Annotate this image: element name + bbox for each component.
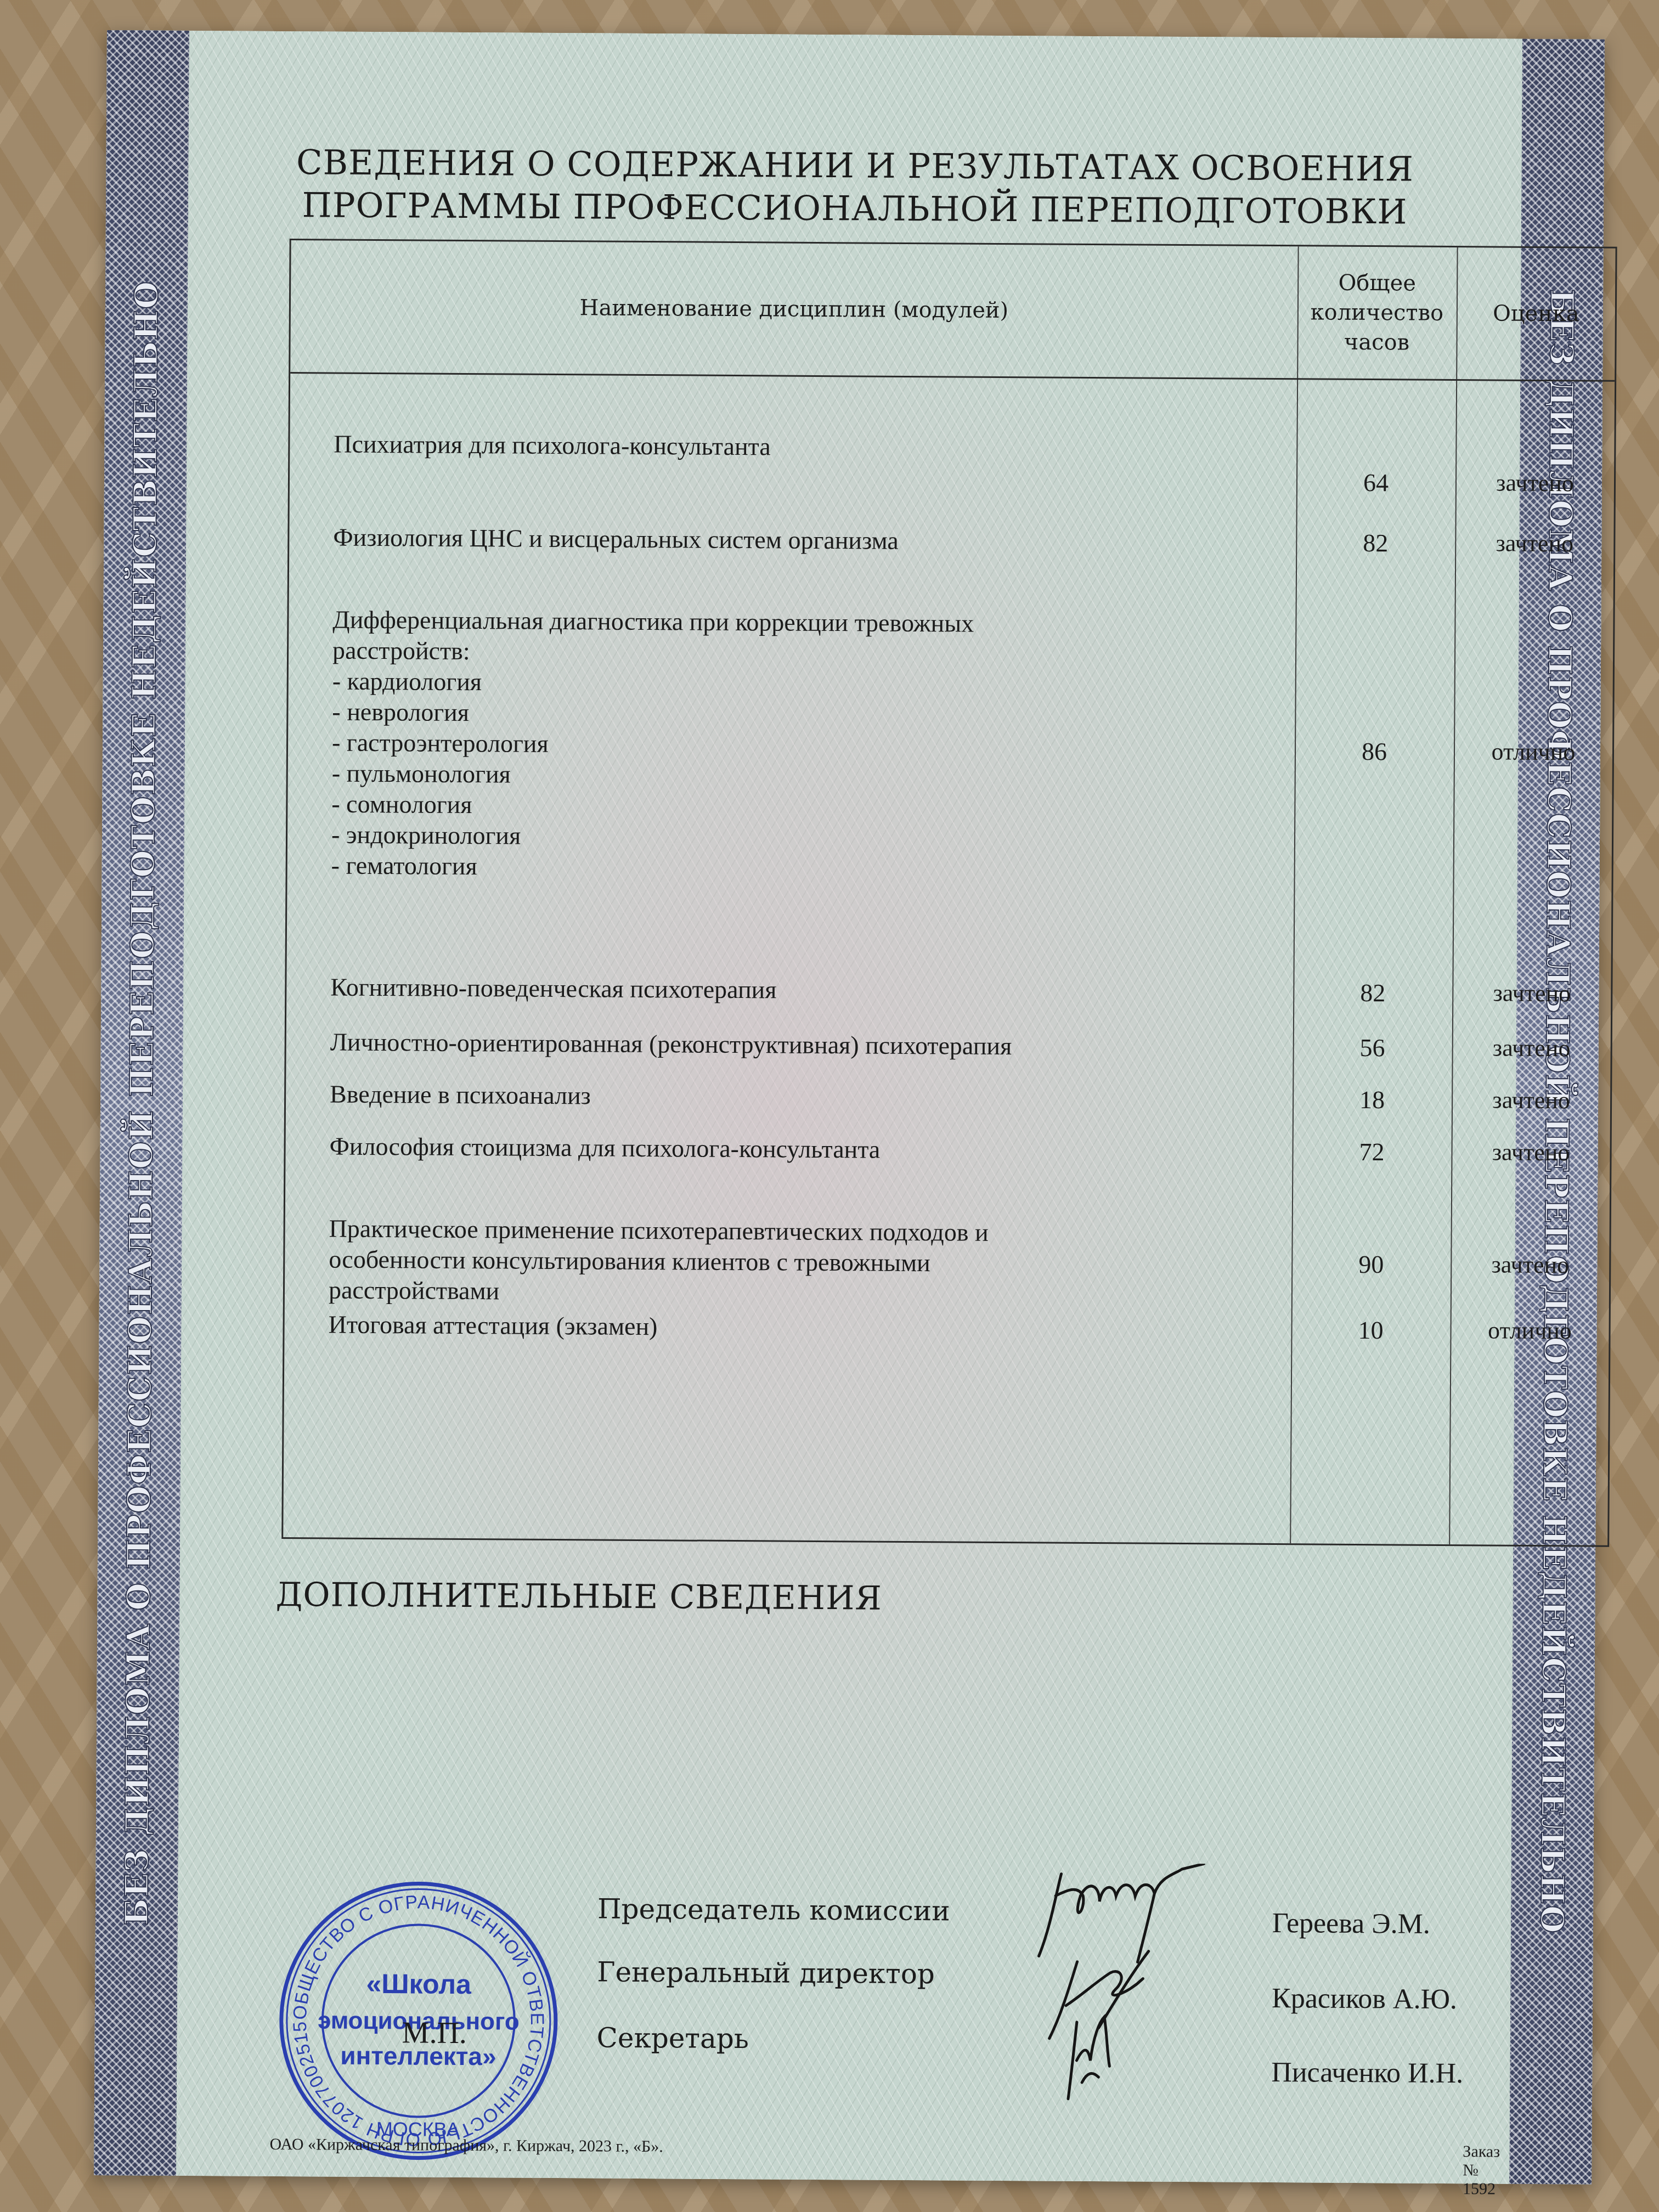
discipline-grade: зачтено xyxy=(1451,1250,1610,1279)
header-grade: Оценка xyxy=(1456,247,1616,380)
disciplines-table: Наименование дисциплин (модулей) Общее к… xyxy=(281,239,1617,1547)
role-commission-chair: Председатель комиссии xyxy=(597,1893,950,1927)
title-line-2: ПРОГРАММЫ ПРОФЕССИОНАЛЬНОЙ ПЕРЕПОДГОТОВК… xyxy=(188,183,1521,234)
table-row: Дифференциальная диагностика при коррекц… xyxy=(289,604,1613,612)
discipline-grade: отлично xyxy=(1454,737,1613,766)
discipline-hours: 56 xyxy=(1293,1032,1452,1063)
additional-info-heading: ДОПОЛНИТЕЛЬНЫЕ СВЕДЕНИЯ xyxy=(275,1576,882,1618)
discipline-grade: зачтено xyxy=(1451,1138,1610,1167)
printer-imprint: ОАО «Киржачская типография», г. Киржач, … xyxy=(269,2135,663,2156)
left-security-border: БЕЗ ДИПЛОМА О ПРОФЕССИОНАЛЬНОЙ ПЕРЕПОДГО… xyxy=(94,30,189,2176)
table-row: Философия стоицизма для психолога-консул… xyxy=(286,1131,1610,1139)
header-total-hours: Общее количество часов xyxy=(1297,246,1457,379)
table-row: Физиология ЦНС и висцеральных систем орг… xyxy=(290,522,1614,530)
table-row: Итоговая аттестация (экзамен)10отлично xyxy=(285,1309,1609,1317)
discipline-hours: 64 xyxy=(1296,467,1455,498)
discipline-hours: 82 xyxy=(1296,528,1455,558)
header-discipline-name: Наименование дисциплин (модулей) xyxy=(290,240,1297,378)
table-row: Практическое применение психотерапевтиче… xyxy=(285,1213,1610,1221)
title-line-1: СВЕДЕНИЯ О СОДЕРЖАНИИ И РЕЗУЛЬТАТАХ ОСВО… xyxy=(188,140,1521,191)
diploma-supplement-sheet: БЕЗ ДИПЛОМА О ПРОФЕССИОНАЛЬНОЙ ПЕРЕПОДГО… xyxy=(94,30,1605,2185)
role-secretary: Секретарь xyxy=(596,2022,749,2055)
order-number: Заказ № 1592 xyxy=(1463,2142,1510,2199)
page-title: СВЕДЕНИЯ О СОДЕРЖАНИИ И РЕЗУЛЬТАТАХ ОСВО… xyxy=(188,140,1522,234)
discipline-name: Философия стоицизма для психолога-консул… xyxy=(329,1131,1262,1167)
paper-body: СВЕДЕНИЯ О СОДЕРЖАНИИ И РЕЗУЛЬТАТАХ ОСВО… xyxy=(176,31,1522,2184)
discipline-hours: 86 xyxy=(1295,736,1454,766)
discipline-name: Когнитивно-поведенческая психотерапия xyxy=(330,972,1263,1008)
discipline-name: Введение в психоанализ xyxy=(330,1079,1262,1115)
discipline-name: Итоговая аттестация (экзамен) xyxy=(328,1310,1261,1346)
discipline-grade: зачтено xyxy=(1452,1034,1611,1063)
signature-secretary xyxy=(1016,2000,1225,2111)
discipline-hours: 18 xyxy=(1293,1085,1452,1115)
stamp-center-line-1: «Школа xyxy=(366,1968,472,2000)
name-commission-chair: Гереева Э.М. xyxy=(1272,1907,1430,1940)
left-border-text: БЕЗ ДИПЛОМА О ПРОФЕССИОНАЛЬНОЙ ПЕРЕПОДГО… xyxy=(118,280,165,1926)
column-divider-hours xyxy=(1290,246,1299,1543)
discipline-grade: зачтено xyxy=(1452,979,1611,1008)
table-row: Психиатрия для психолога-консультанта64з… xyxy=(290,428,1615,437)
discipline-grade: отлично xyxy=(1450,1316,1609,1345)
discipline-hours: 90 xyxy=(1291,1249,1451,1279)
table-row: Личностно-ориентированная (реконструктив… xyxy=(286,1026,1611,1035)
discipline-grade: зачтено xyxy=(1455,469,1615,498)
discipline-name: Физиология ЦНС и висцеральных систем орг… xyxy=(333,522,1266,558)
name-general-director: Красиков А.Ю. xyxy=(1272,1982,1457,2016)
seal-place-label: М.П. xyxy=(402,2015,467,2051)
discipline-grade: зачтено xyxy=(1452,1086,1611,1115)
discipline-hours: 10 xyxy=(1291,1315,1450,1345)
table-row: Когнитивно-поведенческая психотерапия82з… xyxy=(287,972,1611,980)
role-general-director: Генеральный директор xyxy=(597,1956,935,1990)
column-divider-grade xyxy=(1449,247,1458,1544)
discipline-name: Личностно-ориентированная (реконструктив… xyxy=(330,1027,1263,1063)
discipline-name: Дифференциальная диагностика при коррекц… xyxy=(331,605,1266,887)
discipline-hours: 72 xyxy=(1292,1137,1451,1167)
discipline-grade: зачтено xyxy=(1455,529,1614,558)
discipline-hours: 82 xyxy=(1293,978,1452,1008)
discipline-name: Практическое применение психотерапевтиче… xyxy=(329,1214,1262,1311)
table-header: Наименование дисциплин (модулей) Общее к… xyxy=(290,240,1615,382)
table-row: Введение в психоанализ18зачтено xyxy=(286,1079,1610,1087)
name-secretary: Писаченко И.Н. xyxy=(1271,2056,1463,2090)
discipline-name: Психиатрия для психолога-консультанта xyxy=(334,429,1266,465)
